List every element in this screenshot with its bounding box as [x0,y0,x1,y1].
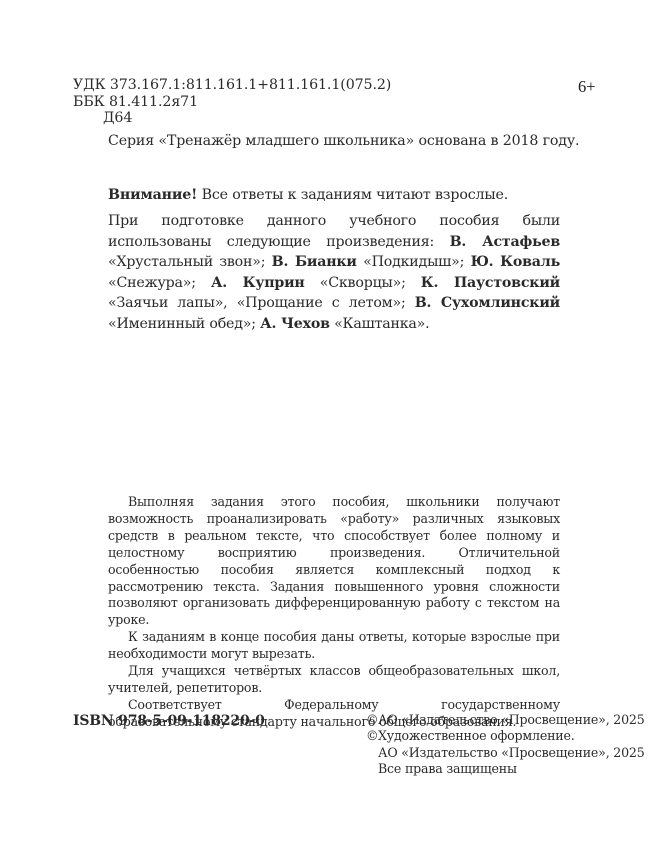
work-title: «Хрустальный звон»; [108,254,272,270]
isbn: ISBN 978-5-09-118220-0 [73,713,265,729]
work-author: В. Сухомлинский [415,295,560,311]
classification-codes: УДК 373.167.1:811.161.1+811.161.1(075.2)… [73,77,391,127]
work-title: «Скворцы»; [305,275,421,291]
work-author: В. Бианки [272,254,357,270]
work-title: «Каштанка». [330,316,430,332]
attention-note: Внимание! Все ответы к заданиям читают в… [108,187,508,203]
annotation-paragraph: К заданиям в конце пособия даны ответы, … [108,629,560,663]
work-title: «Заячьи лапы», «Прощание с летом»; [108,295,415,311]
work-author: А. Куприн [211,275,305,291]
work-title: «Снежура»; [108,275,211,291]
work-title: «Именинный обед»; [108,316,260,332]
work-author: В. Астафьев [450,234,560,250]
annotation-paragraph: Выполняя задания этого пособия, школьник… [108,494,560,629]
rights-reserved: Все права защищены [366,761,645,777]
works-used-paragraph: При подготовке данного учебного пособия … [108,211,560,335]
udk-code: УДК 373.167.1:811.161.1+811.161.1(075.2) [73,77,391,94]
copyright-line: ©Художественное оформление. [366,728,645,744]
annotation-paragraph: Для учащихся четвёртых классов общеобраз… [108,663,560,697]
work-author: К. Паустовский [421,275,560,291]
attention-label: Внимание! [108,187,197,203]
copyright-icon: © [366,712,378,728]
series-note: Серия «Тренажёр младшего школьника» осно… [108,133,579,149]
work-author: Ю. Коваль [471,254,560,270]
copyright-block: ©АО «Издательство «Просвещение», 2025 ©Х… [366,712,645,778]
work-author: А. Чехов [260,316,330,332]
annotation: Выполняя задания этого пособия, школьник… [108,494,560,731]
copyright-line: АО «Издательство «Просвещение», 2025 [366,745,645,761]
copyright-icon: © [366,728,378,744]
work-title: «Подкидыш»; [357,254,471,270]
author-mark: Д64 [73,110,391,127]
age-rating: 6+ [578,77,596,97]
attention-text: Все ответы к заданиям читают взрослые. [197,187,508,203]
copyright-line: ©АО «Издательство «Просвещение», 2025 [366,712,645,728]
bbk-code: ББК 81.411.2я71 [73,94,391,111]
